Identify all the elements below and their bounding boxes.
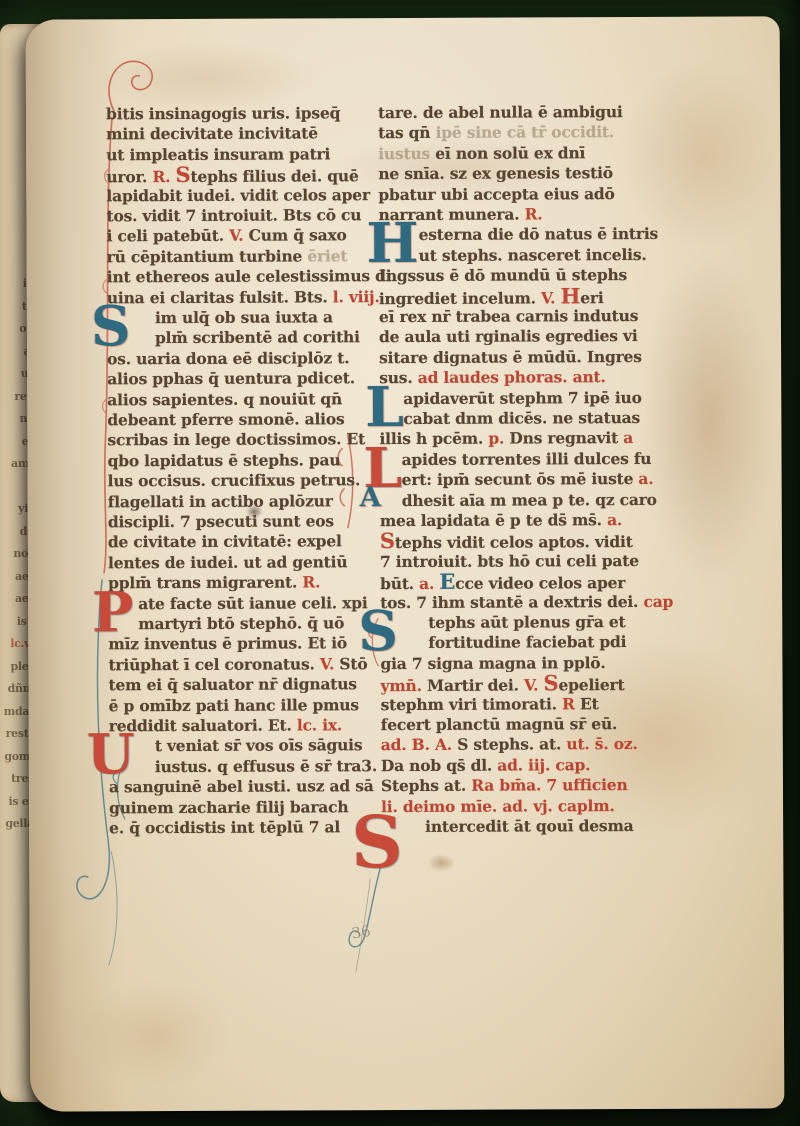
manuscript-text-line: ne snīa. sz ex genesis testiō — [378, 163, 670, 184]
body-text: Dns regnavit — [509, 428, 623, 447]
rubric-text: V. — [320, 654, 334, 673]
manuscript-text-line: sitare dignatus ē mūdū. Ingres — [379, 347, 671, 368]
body-text: ipē sine cā tr̄ occidit. — [436, 122, 615, 142]
manuscript-text-line: Stephs at. Ra bm̄a. 7 ufficien — [381, 775, 673, 796]
body-text: H — [560, 283, 580, 308]
illuminated-initial-l: L — [365, 384, 404, 431]
rubric-text: V. — [229, 226, 243, 245]
body-text: guinem zacharie filij barach — [109, 797, 348, 817]
body-text: rū cēpitantium turbine — [107, 246, 308, 266]
body-text: im ulq̄ ob sua iuxta a — [155, 307, 333, 327]
body-text: int ethereos aule celestissimus di — [107, 266, 392, 286]
body-text: S — [380, 528, 395, 553]
body-text: discipli. 7 psecuti sunt eos — [108, 511, 334, 531]
body-text: S stephs. at. — [457, 735, 566, 754]
manuscript-text-line: lapidabit iudei. vidit celos aper — [106, 185, 382, 206]
manuscript-text-line: mīz inventus ē primus. Et iō — [108, 633, 384, 654]
body-text: reddidit saluatori. Et. — [109, 715, 297, 735]
body-text: tephs aūt plenus gr̄a et — [428, 612, 625, 632]
body-text: de aula uti rginalis egredies vi — [379, 326, 638, 346]
manuscript-text-line: uina ei claritas fulsit. Bts. l. viij. — [107, 287, 383, 308]
body-text: alios sapientes. q nouiūt qn̄ — [107, 389, 342, 409]
manuscript-text-line: ert: ipm̄ secunt ōs mē iuste a. — [380, 469, 694, 490]
manuscript-text-line: gia 7 signa magna in pplō. — [380, 653, 672, 674]
rubric-text: ymn̄. — [380, 676, 427, 695]
manuscript-text-line: fortitudine faciebat pdi — [380, 632, 720, 653]
manuscript-text-line: mea lapidata ē p te ds̄ ms̄. a. — [380, 510, 672, 531]
rubric-text: R. — [302, 573, 320, 592]
body-text: tos. vidit 7 introiuit. Bts cō cu — [106, 205, 361, 225]
manuscript-text-line: lentes de iudei. ut ad gentiū — [108, 552, 384, 573]
body-text: Et — [580, 694, 599, 713]
rubric-text: a. — [419, 574, 439, 593]
manuscript-text-line: e. q̄ occidistis int tēplū 7 al — [109, 817, 385, 838]
manuscript-text-line: dhesit aīa m mea p te. qz caro — [380, 489, 694, 510]
manuscript-text-line: tare. de abel nulla ē ambigui — [378, 102, 670, 123]
body-text: iustus. q effusus ē sr̄ tra3. — [155, 756, 377, 776]
body-text: tem ei q̄ saluator nr̄ dignatus — [108, 674, 356, 694]
manuscript-text-line: cabat dnm dicēs. ne statuas — [379, 408, 695, 429]
body-text: būt. — [380, 574, 419, 593]
manuscript-text-line: de civitate in civitatē: expel — [108, 531, 384, 552]
manuscript-page: bitis insinagogis uris. ipseq̄mini deciv… — [26, 16, 785, 1111]
text-column-right: tare. de abel nulla ē ambiguitas qn̄ ipē… — [378, 102, 673, 863]
body-text: cabat dnm dicēs. ne statuas — [403, 408, 640, 428]
manuscript-text-line: i celi patebūt. V. Cum q̄ saxo — [107, 225, 383, 246]
rubric-text: li. deimo mīe. ad. vj. caplm. — [381, 796, 615, 816]
body-text: epeliert — [558, 675, 624, 694]
body-text: mea lapidata ē p te ds̄ ms̄. — [380, 510, 607, 530]
manuscript-text-line: scribas in lege doctissimos. Et — [107, 429, 383, 450]
text-column-left: bitis insinagogis uris. ipseq̄mini deciv… — [106, 103, 385, 864]
body-text: a sanguinē abel iusti. usz ad sā — [109, 776, 374, 796]
body-text: ut stephs. nasceret incelis. — [419, 245, 647, 265]
manuscript-text-line: sus. ad laudes phoras. ant. — [379, 367, 671, 388]
body-text: gia 7 signa magna in pplō. — [380, 653, 605, 673]
manuscript-text-line: stephm viri timorati. R Et — [381, 693, 673, 714]
illuminated-initial-s: S — [358, 608, 398, 655]
manuscript-text-line: Da nob qs̄ dl. ad. iij. cap. — [381, 755, 673, 776]
manuscript-text-line: 7 introiuit. bts hō cui celi pate — [380, 551, 672, 572]
body-text: ingrediet incelum. — [379, 288, 541, 308]
body-text: apidaverūt stephm 7 ipē iuo — [403, 388, 642, 408]
body-text: apides torrentes illi dulces fu — [402, 449, 652, 469]
illuminated-initial-s: S — [351, 812, 403, 873]
body-text: flagellati in actibo aplōzur — [108, 491, 333, 511]
body-text: eri — [580, 288, 603, 307]
body-text: lapidabit iudei. vidit celos aper — [106, 185, 370, 205]
body-text: pplm̄ trans migrarent. — [108, 573, 302, 593]
manuscript-text-line: tephs aūt plenus gr̄a et — [380, 612, 720, 633]
body-text: tas qn̄ — [378, 123, 436, 142]
rubric-text: ad laudes phoras. ant. — [418, 367, 606, 387]
body-text: dhesit aīa m mea p te. qz caro — [402, 489, 657, 509]
body-text: eī rex nr̄ trabea carnis indutus — [379, 306, 638, 326]
body-text: scribas in lege doctissimos. Et — [107, 430, 365, 450]
rubric-text: lc. ix. — [297, 715, 342, 734]
illuminated-initial-h: H — [367, 220, 419, 267]
body-text: Stephs at. — [381, 776, 471, 795]
illuminated-initial-a: A — [360, 486, 381, 509]
manuscript-text-line: bitis insinagogis uris. ipseq̄ — [106, 103, 382, 124]
photograph-background: { "page": { "folio_number": "36", "color… — [0, 0, 800, 1126]
rubric-text: V. — [524, 676, 544, 695]
manuscript-text-line: triūphat ī cel coronatus. V. Stō — [108, 654, 384, 675]
rubric-text: R — [562, 694, 580, 713]
rubric-text: V. — [541, 288, 561, 307]
manuscript-text-line: alios pphas q̄ uentura pdicet. — [107, 368, 383, 389]
body-text: plm̄ scribentē ad corithi — [155, 328, 360, 348]
body-text: Martir dei. — [427, 676, 524, 695]
body-text: de civitate in civitatē: expel — [108, 532, 342, 552]
rubric-text: a. — [638, 469, 653, 488]
body-text: cce video celos aper — [455, 573, 625, 593]
rubric-text: p. — [488, 429, 509, 448]
manuscript-text-line: os. uaria dona eē disciplōz t. — [107, 348, 383, 369]
body-text: ut impleatis insuram patri — [106, 144, 330, 164]
illuminated-initial-s: S — [91, 303, 131, 350]
illuminated-initial-p: P — [92, 589, 134, 636]
manuscript-text-line: lus occisus. crucifixus petrus. — [108, 470, 384, 491]
manuscript-text-line: pplm̄ trans migrarent. R. — [108, 572, 384, 593]
body-text: ēriet — [307, 246, 347, 265]
rubric-text: cap — [643, 591, 673, 610]
body-text: Cum q̄ saxo — [243, 226, 346, 245]
body-text: lus occisus. crucifixus petrus. — [108, 470, 361, 490]
manuscript-text-line: iustus eī non solū ex dnī — [378, 143, 670, 164]
manuscript-text-line: tos. vidit 7 introiuit. Bts cō cu — [106, 205, 382, 226]
body-text: triūphat ī cel coronatus. — [108, 654, 319, 674]
body-text: 7 introiuit. bts hō cui celi pate — [380, 551, 639, 571]
body-text: uina ei claritas fulsit. Bts. — [107, 287, 333, 307]
rubric-text: R. — [152, 167, 175, 186]
manuscript-text-line: int ethereos aule celestissimus di — [107, 266, 383, 287]
body-text: ne snīa. sz ex genesis testiō — [378, 163, 613, 183]
body-text: os. uaria dona eē disciplōz t. — [107, 348, 349, 368]
rubric-text: l. viij. — [333, 287, 380, 306]
body-text: mīz inventus ē primus. Et iō — [108, 634, 347, 654]
body-text: ē p omībz pati hanc ille pmus — [109, 695, 359, 715]
body-text: ate facte sūt ianue celi. xpi — [138, 593, 367, 613]
manuscript-text-line: rū cēpitantium turbine ēriet — [107, 246, 383, 267]
manuscript-text-line: li. deimo mīe. ad. vj. caplm. — [381, 795, 673, 816]
manuscript-text-line: flagellati in actibo aplōzur — [108, 491, 384, 512]
rubric-text: ad. B. A. — [381, 735, 457, 754]
manuscript-text-line: esterna die dō natus ē intris — [379, 224, 711, 245]
body-text: qbo lapidatus ē stephs. pau — [108, 450, 341, 470]
manuscript-text-line: apides torrentes illi dulces fu — [380, 449, 694, 470]
body-text: E — [439, 569, 455, 594]
rubric-text: ut. s̄. oz. — [566, 734, 637, 753]
rubric-text: Ra bm̄a. 7 ufficien — [471, 775, 627, 795]
manuscript-text-line: tem ei q̄ saluator nr̄ dignatus — [108, 674, 384, 695]
manuscript-text-line: discipli. 7 psecuti sunt eos — [108, 511, 384, 532]
body-text: S — [543, 671, 558, 696]
body-text: sitare dignatus ē mūdū. Ingres — [379, 347, 642, 367]
manuscript-text-line: guinem zacharie filij barach — [109, 797, 385, 818]
body-text: tos. 7 ihm stantē a dextris dei. — [380, 592, 643, 612]
manuscript-text-line: reddidit saluatori. Et. lc. ix. — [109, 715, 385, 736]
body-text: fecert planctū magnū sr̄ eū. — [381, 714, 618, 734]
manuscript-text-line: tos. 7 ihm stantē a dextris dei. cap — [380, 591, 672, 612]
body-text: iustus — [378, 144, 430, 163]
manuscript-text-line: mini decivitate incivitatē — [106, 123, 382, 144]
rubric-text: ad. iij. cap. — [497, 755, 590, 774]
body-text: pbatur ubi accepta eius adō — [378, 184, 614, 204]
folio-number: 36 — [350, 922, 371, 943]
rubric-text: a. — [607, 510, 622, 529]
manuscript-text-line: pbatur ubi accepta eius adō — [378, 183, 670, 204]
parchment-stain — [82, 979, 232, 1090]
body-text: bitis insinagogis uris. ipseq̄ — [106, 103, 340, 123]
manuscript-text-line: apidaverūt stephm 7 ipē iuo — [379, 387, 695, 408]
manuscript-text-line: de aula uti rginalis egredies vi — [379, 326, 671, 347]
manuscript-text-line: eī rex nr̄ trabea carnis indutus — [379, 306, 671, 327]
body-text: alios pphas q̄ uentura pdicet. — [107, 368, 355, 388]
manuscript-text-line: ē p omībz pati hanc ille pmus — [109, 695, 385, 716]
manuscript-text-line: intercedit āt qouī desma — [381, 816, 717, 837]
body-text: Da nob qs̄ dl. — [381, 755, 497, 775]
manuscript-text-line: alios sapientes. q nouiūt qn̄ — [107, 389, 383, 410]
rubric-text: a — [623, 428, 633, 447]
body-text: fortitudine faciebat pdi — [428, 632, 626, 652]
manuscript-text-line: ut stephs. nasceret incelis. — [379, 244, 711, 265]
body-text: mini decivitate incivitatē — [106, 124, 318, 144]
manuscript-text-line: illis h pcēm. p. Dns regnavit a — [379, 428, 671, 449]
manuscript-text-line: qbo lapidatus ē stephs. pau — [108, 450, 384, 471]
body-text: uror. — [106, 167, 152, 186]
body-text: i celi patebūt. — [107, 226, 230, 246]
body-text: stephm viri timorati. — [381, 694, 563, 714]
manuscript-text-line: fecert planctū magnū sr̄ eū. — [381, 714, 673, 735]
manuscript-text-line: debeant pferre smonē. alios — [107, 409, 383, 430]
body-text: tephs vidit celos aptos. vidit — [395, 532, 633, 552]
body-text: tephs filius dei. quē — [190, 166, 358, 186]
body-text: debeant pferre smonē. alios — [107, 409, 344, 429]
body-text: lentes de iudei. ut ad gentiū — [108, 552, 347, 572]
manuscript-text-line: tas qn̄ ipē sine cā tr̄ occidit. — [378, 122, 670, 143]
body-text: esterna die dō natus ē intris — [419, 224, 659, 244]
manuscript-text-line: ut impleatis insuram patri — [106, 144, 382, 165]
body-text: t veniat sr̄ vos oīs sāguis — [155, 736, 363, 756]
body-text: martyri btō stephō. q̄ uō — [138, 613, 344, 633]
manuscript-text-line: narrant munera. R. — [378, 204, 670, 225]
manuscript-text-line: ad. B. A. S stephs. at. ut. s̄. oz. — [381, 734, 673, 755]
body-text: intercedit āt qouī desma — [425, 816, 633, 836]
rubric-text: R. — [525, 204, 543, 223]
illuminated-initial-u: U — [87, 732, 135, 779]
body-text: ert: ipm̄ secunt ōs mē iuste — [402, 469, 639, 489]
body-text: S — [175, 162, 190, 187]
body-text: tare. de abel nulla ē ambigui — [378, 102, 623, 122]
body-text: eī non solū ex dnī — [430, 143, 585, 163]
body-text: e. q̄ occidistis int tēplū 7 al — [109, 817, 340, 837]
manuscript-text-line: a sanguinē abel iusti. usz ad sā — [109, 776, 385, 797]
manuscript-text-line: Ingssus ē dō mundū ū stephs — [379, 265, 671, 286]
